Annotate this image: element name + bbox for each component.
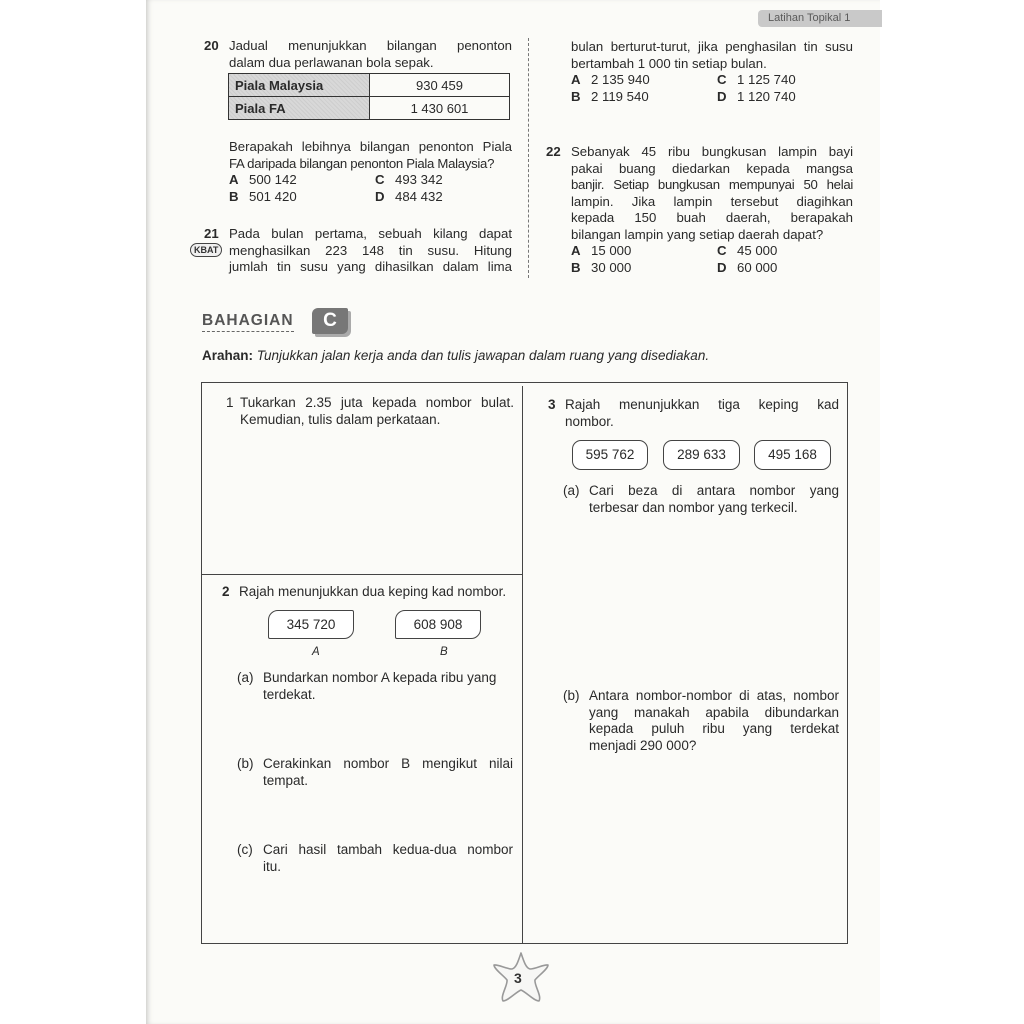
option-c[interactable]: C493 342 [375, 172, 515, 189]
question-number: 21 [204, 226, 219, 243]
part-label: (a) [237, 670, 254, 687]
part-line: yang manakah apabila dibundarkan [589, 705, 839, 722]
number-card-a: 345 720 [268, 610, 354, 639]
answer-options: A15 000 C45 000 B30 000 D60 000 [571, 243, 853, 276]
question-line: Kemudian, tulis dalam perkataan. [240, 412, 514, 429]
part-label: (b) [563, 688, 580, 705]
question-number: 1 [226, 395, 234, 412]
question-line: FA daripada bilangan penonton Piala Mala… [229, 156, 512, 173]
question-stem-line: nombor. [565, 414, 839, 431]
number-card-2: 289 633 [663, 440, 740, 470]
part-line: itu. [263, 859, 513, 876]
grid-divider-vertical [522, 386, 523, 944]
question-stem-line: bulan berturut-turut, jika penghasilan t… [571, 39, 853, 56]
part-line: Cari hasil tambah kedua-dua nombor [263, 842, 513, 859]
answer-options: A500 142 C493 342 B501 420 D484 432 [229, 172, 512, 205]
page-margin [880, 0, 1024, 1024]
part-label: (a) [563, 483, 580, 500]
instructions: Arahan: Tunjukkan jalan kerja anda dan t… [202, 348, 709, 363]
table-cell-label: Piala FA [229, 97, 370, 120]
instruction-text: Tunjukkan jalan kerja anda dan tulis jaw… [257, 348, 709, 363]
page-number: 3 [514, 970, 522, 986]
question-stem-line: Rajah menunjukkan tiga keping kad [565, 397, 839, 414]
table-row: Piala FA 1 430 601 [229, 97, 510, 120]
card-label-b: B [440, 646, 448, 658]
question-stem-line: Sebanyak 45 ribu bungkusan lampin bayi [571, 144, 853, 161]
grid-divider-horizontal [201, 574, 523, 575]
part-line: terdekat. [263, 687, 513, 704]
question-line: Tukarkan 2.35 juta kepada nombor bulat. [240, 395, 514, 412]
option-d[interactable]: D60 000 [717, 260, 857, 277]
table-cell-value: 1 430 601 [370, 97, 510, 120]
part-line: kepada puluh ribu yang terdekat [589, 721, 839, 738]
number-card-1: 595 762 [572, 440, 648, 470]
option-c[interactable]: C1 125 740 [717, 72, 857, 89]
question-stem-line: dalam dua perlawanan bola sepak. [229, 55, 512, 72]
question-stem-line: Pada bulan pertama, sebuah kilang dapat [229, 226, 512, 243]
question-number: 22 [546, 144, 561, 161]
option-b[interactable]: B2 119 540 [571, 89, 717, 106]
table-row: Piala Malaysia 930 459 [229, 74, 510, 97]
question-stem-line: bertambah 1 000 tin setiap bulan. [571, 56, 853, 73]
question-stem-line: bilangan lampin yang setiap daerah dapat… [571, 227, 853, 244]
part-line: Cari beza di antara nombor yang [589, 483, 839, 500]
column-divider [528, 38, 529, 278]
question-stem-line: jumlah tin susu yang dihasilkan dalam li… [229, 259, 512, 276]
section-title: BAHAGIAN [202, 312, 294, 332]
kbat-badge: KBAT [190, 243, 222, 257]
table-cell-label: Piala Malaysia [229, 74, 370, 97]
table-cell-value: 930 459 [370, 74, 510, 97]
part-line: Antara nombor-nombor di atas, nombor [589, 688, 839, 705]
option-c[interactable]: C45 000 [717, 243, 857, 260]
section-badge: C [312, 308, 348, 334]
part-line: terbesar dan nombor yang terkecil. [589, 500, 839, 517]
question-stem-line: Jadual menunjukkan bilangan penonton [229, 38, 512, 55]
part-line: Cerakinkan nombor B mengikut nilai [263, 756, 513, 773]
part-line: Bundarkan nombor A kepada ribu yang [263, 670, 513, 687]
instruction-label: Arahan: [202, 348, 253, 363]
question-stem: Rajah menunjukkan dua keping kad nombor. [239, 584, 506, 601]
number-card-b: 608 908 [395, 610, 481, 639]
number-card-3: 495 168 [754, 440, 831, 470]
question-number: 2 [222, 584, 230, 601]
option-a[interactable]: A15 000 [571, 243, 717, 260]
card-label-a: A [312, 646, 320, 658]
part-line: menjadi 290 000? [589, 738, 839, 755]
part-line: tempat. [263, 773, 513, 790]
question-stem-line: kepada 150 buah daerah, berapakah [571, 210, 853, 227]
option-a[interactable]: A2 135 940 [571, 72, 717, 89]
question-line: Berapakah lebihnya bilangan penonton Pia… [229, 139, 512, 156]
question-stem-line: menghasilkan 223 148 tin susu. Hitung [229, 243, 512, 260]
option-a[interactable]: A500 142 [229, 172, 375, 189]
answer-options: A2 135 940 C1 125 740 B2 119 540 D1 120 … [571, 72, 853, 105]
option-d[interactable]: D1 120 740 [717, 89, 857, 106]
question-21-continued: bulan berturut-turut, jika penghasilan t… [571, 39, 853, 105]
option-d[interactable]: D484 432 [375, 189, 515, 206]
part-label: (c) [237, 842, 253, 859]
section-header-tab: Latihan Topikal 1 [758, 10, 882, 27]
question-stem-line: banjir. Setiap bungkusan mempunyai 50 he… [571, 177, 853, 194]
question-20-prompt: Berapakah lebihnya bilangan penonton Pia… [229, 139, 512, 205]
part-label: (b) [237, 756, 254, 773]
question-stem-line: pakai buang diedarkan kepada mangsa [571, 161, 853, 178]
audience-table: Piala Malaysia 930 459 Piala FA 1 430 60… [228, 73, 510, 120]
question-number: 20 [204, 38, 219, 55]
question-number: 3 [548, 397, 556, 414]
option-b[interactable]: B30 000 [571, 260, 717, 277]
question-stem-line: lampin. Jika lampin tersebut diagihkan [571, 194, 853, 211]
option-b[interactable]: B501 420 [229, 189, 375, 206]
